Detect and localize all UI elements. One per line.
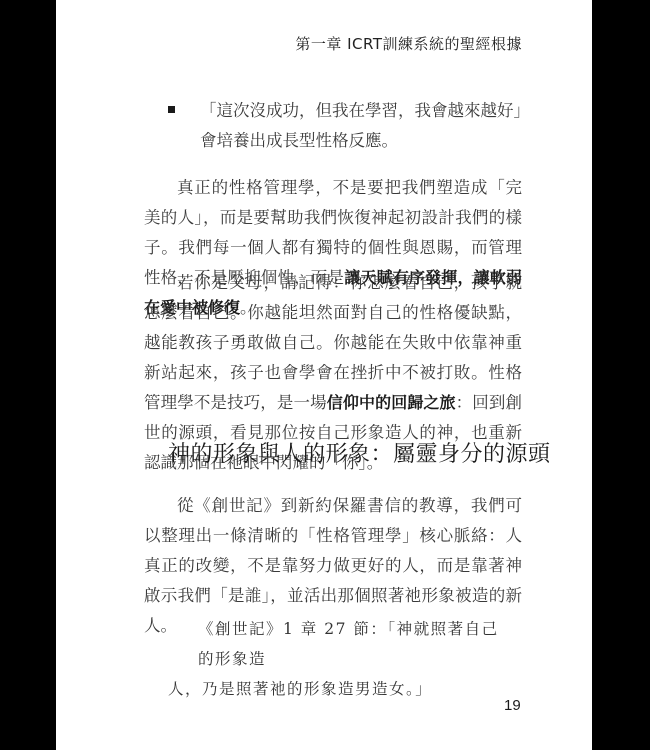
paragraph-2-emphasis: 信仰中的回歸之旅 — [327, 393, 456, 412]
bullet-text: 「這次沒成功，但我在學習，我會越來越好」會培養出成長型性格反應。 — [200, 96, 538, 156]
square-bullet-icon — [168, 106, 175, 113]
scripture-quote-line-1: 《創世記》1 章 27 節：「神就照著自己的形象造 — [168, 614, 508, 674]
running-header: 第一章 ICRT訓練系統的聖經根據 — [295, 33, 522, 54]
scripture-quote: 《創世記》1 章 27 節：「神就照著自己的形象造 人，乃是照著祂的形象造男造女… — [168, 614, 508, 704]
page-number: 19 — [504, 697, 521, 714]
paragraph-2-text: 若你是父母，請記得：你怎麼看自己，孩子就怎麼看自己。你越能坦然面對自己的性格優缺… — [144, 273, 522, 412]
bullet-item: 「這次沒成功，但我在學習，我會越來越好」會培養出成長型性格反應。 — [168, 96, 538, 156]
section-heading: 神的形象與人的形象：屬靈身分的源頭 — [168, 437, 551, 468]
scripture-quote-line-2: 人，乃是照著祂的形象造男造女。」 — [168, 674, 508, 704]
book-page: 第一章 ICRT訓練系統的聖經根據 「這次沒成功，但我在學習，我會越來越好」會培… — [56, 0, 592, 750]
